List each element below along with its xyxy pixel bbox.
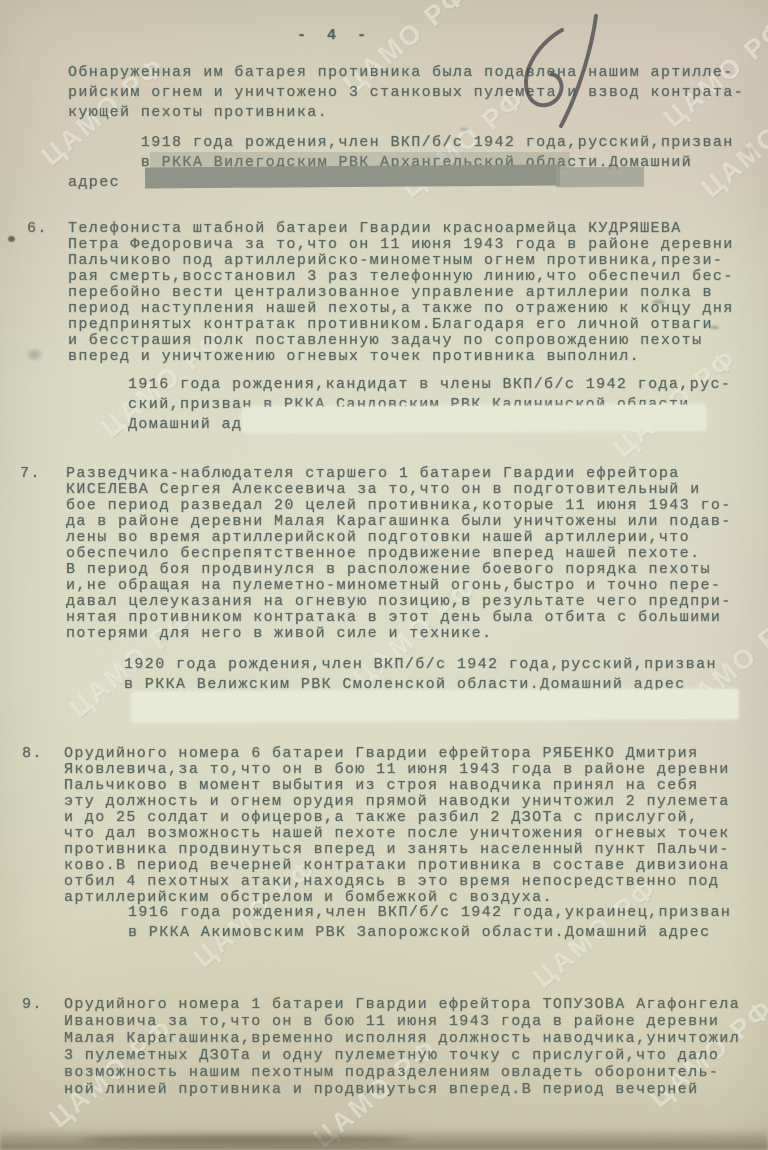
ink-speck [28,350,41,359]
redaction-bar [556,167,644,188]
intro-paragraph: Обнаруженная им батарея противника была … [68,63,744,123]
entry-number: 8. [22,746,43,762]
entry-body: Орудийного номера 1 батареи Гвардии ефре… [64,996,740,1098]
ink-speck [744,148,756,152]
ink-speck [8,236,15,242]
entry-number: 9. [22,996,43,1013]
entry-body: Орудийного номера 6 батареи Гвардии ефре… [64,746,730,906]
entry-body: Разведчика-наблюдателя старшего 1 батаре… [66,466,732,642]
redaction-bar [132,689,738,721]
redaction-bar [243,405,705,432]
scanned-document-page: ЦАМО РФЦАМО РФЦАМО РФЦАМО РФЦАМО РФЦАМО … [0,0,768,1150]
page-number: - 4 - [297,27,372,44]
scan-bottom-streak [80,1135,410,1144]
entry-number: 7. [20,466,41,482]
entry-body: Телефониста штабной батареи Гвардии крас… [68,221,734,365]
entry-number: 6. [27,221,48,237]
redaction-bar [145,165,560,189]
ink-speck [460,128,468,131]
entry-service-note: 1916 года рождения,член ВКП/б/с 1942 год… [128,903,731,943]
